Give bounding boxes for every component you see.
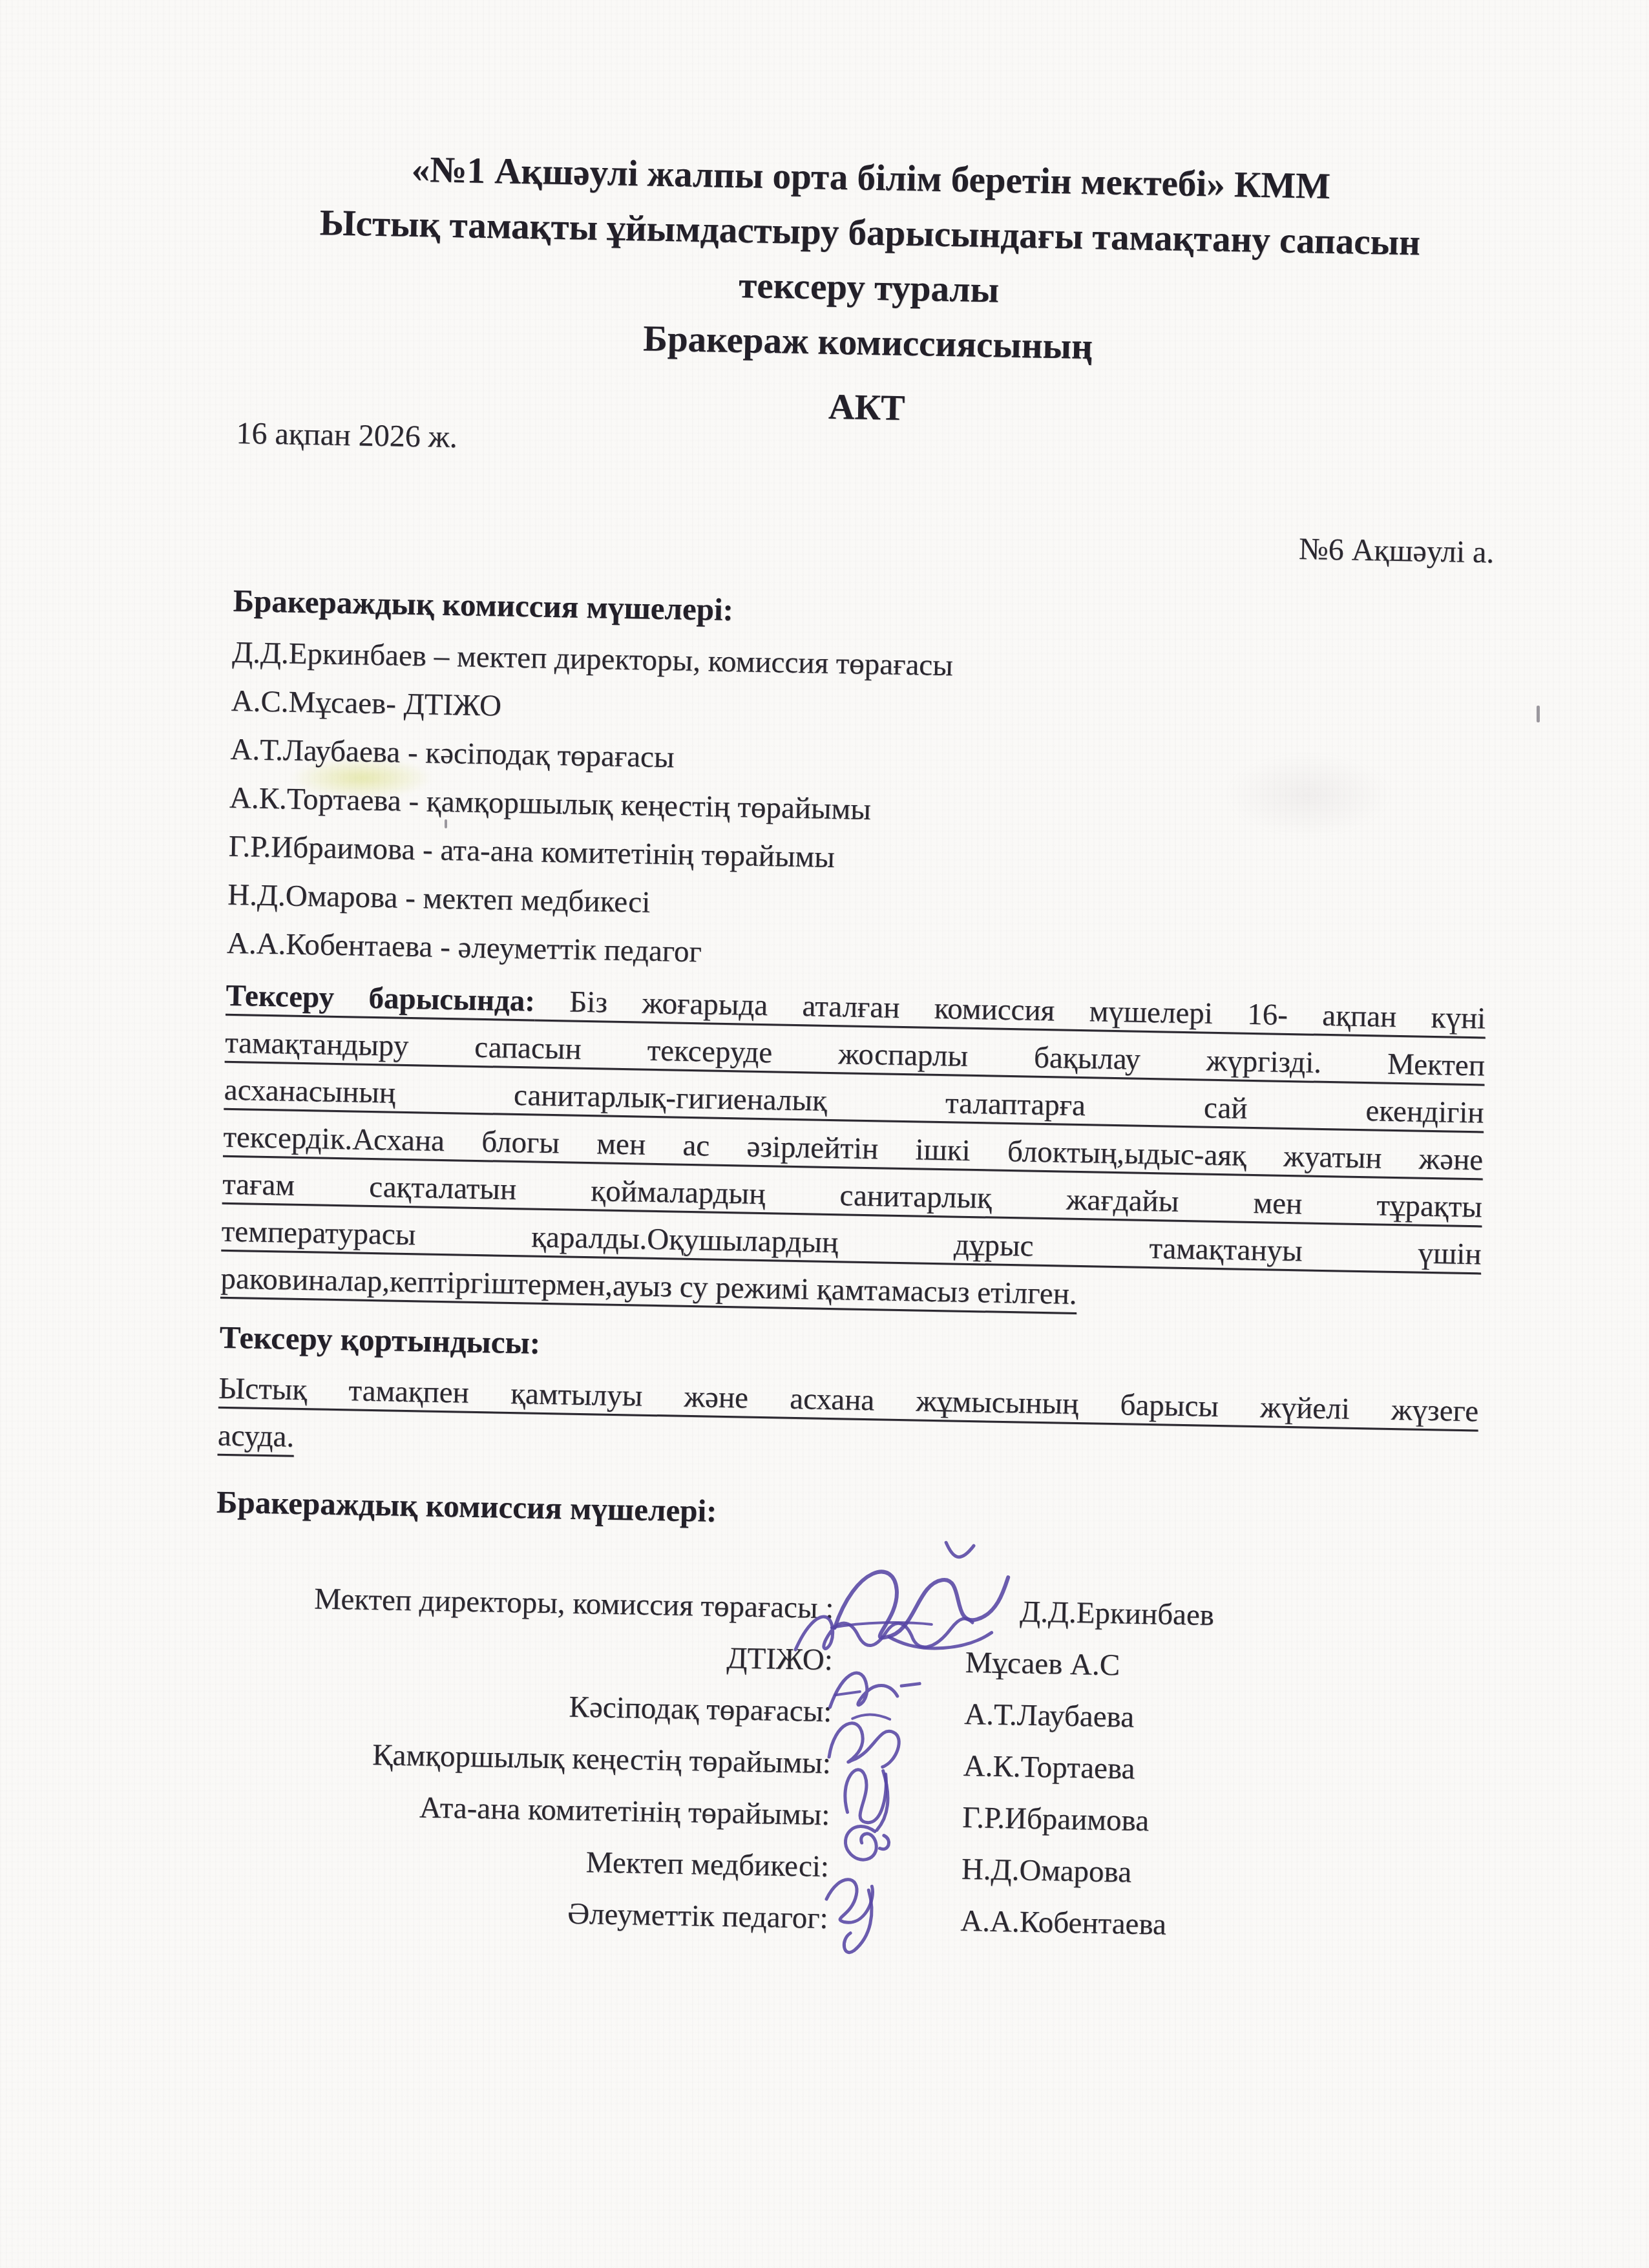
signature-name: А.А.Кобентаева bbox=[960, 1895, 1167, 1951]
signature-name: Д.Д.Еркинбаев bbox=[1020, 1586, 1215, 1641]
signatures-block: Мектеп директоры, комиссия төрағасы :Д.Д… bbox=[209, 1571, 1475, 1957]
signature-name: Н.Д.Омарова bbox=[961, 1843, 1132, 1898]
signature-name: Мұсаев А.С bbox=[965, 1637, 1120, 1691]
signature-ink bbox=[806, 1856, 905, 1962]
signature-name: А.К.Тортаева bbox=[963, 1740, 1135, 1795]
signature-name: А.Т.Лаубаева bbox=[964, 1688, 1135, 1743]
inspection-paragraph: Тексеру барысында: Біз жоғарыда аталған … bbox=[220, 972, 1486, 1326]
document-body: «№1 Ақшәулі жалпы орта білім беретін мек… bbox=[209, 97, 1502, 1956]
signature-role-label: Әлеуметтік педагог: bbox=[209, 1882, 828, 1945]
inspection-label: Тексеру барысында: bbox=[226, 979, 535, 1018]
conclusion-paragraph: Ыстық тамақпен қамтылуы және асхана жұмы… bbox=[217, 1365, 1478, 1483]
document-place: №6 Ақшәулі а. bbox=[234, 510, 1495, 572]
scan-speck bbox=[1537, 706, 1540, 722]
members-list: Д.Д.Еркинбаев – мектеп директоры, комисс… bbox=[226, 629, 1492, 991]
signature-name: Г.Р.Ибраимова bbox=[962, 1792, 1150, 1847]
scan-speck bbox=[445, 819, 447, 828]
scanned-document-page: { "document": { "title_lines": [ "«№1 Ақ… bbox=[0, 0, 1649, 2268]
document-title: «№1 Ақшәулі жалпы орта білім беретін мек… bbox=[238, 139, 1502, 382]
